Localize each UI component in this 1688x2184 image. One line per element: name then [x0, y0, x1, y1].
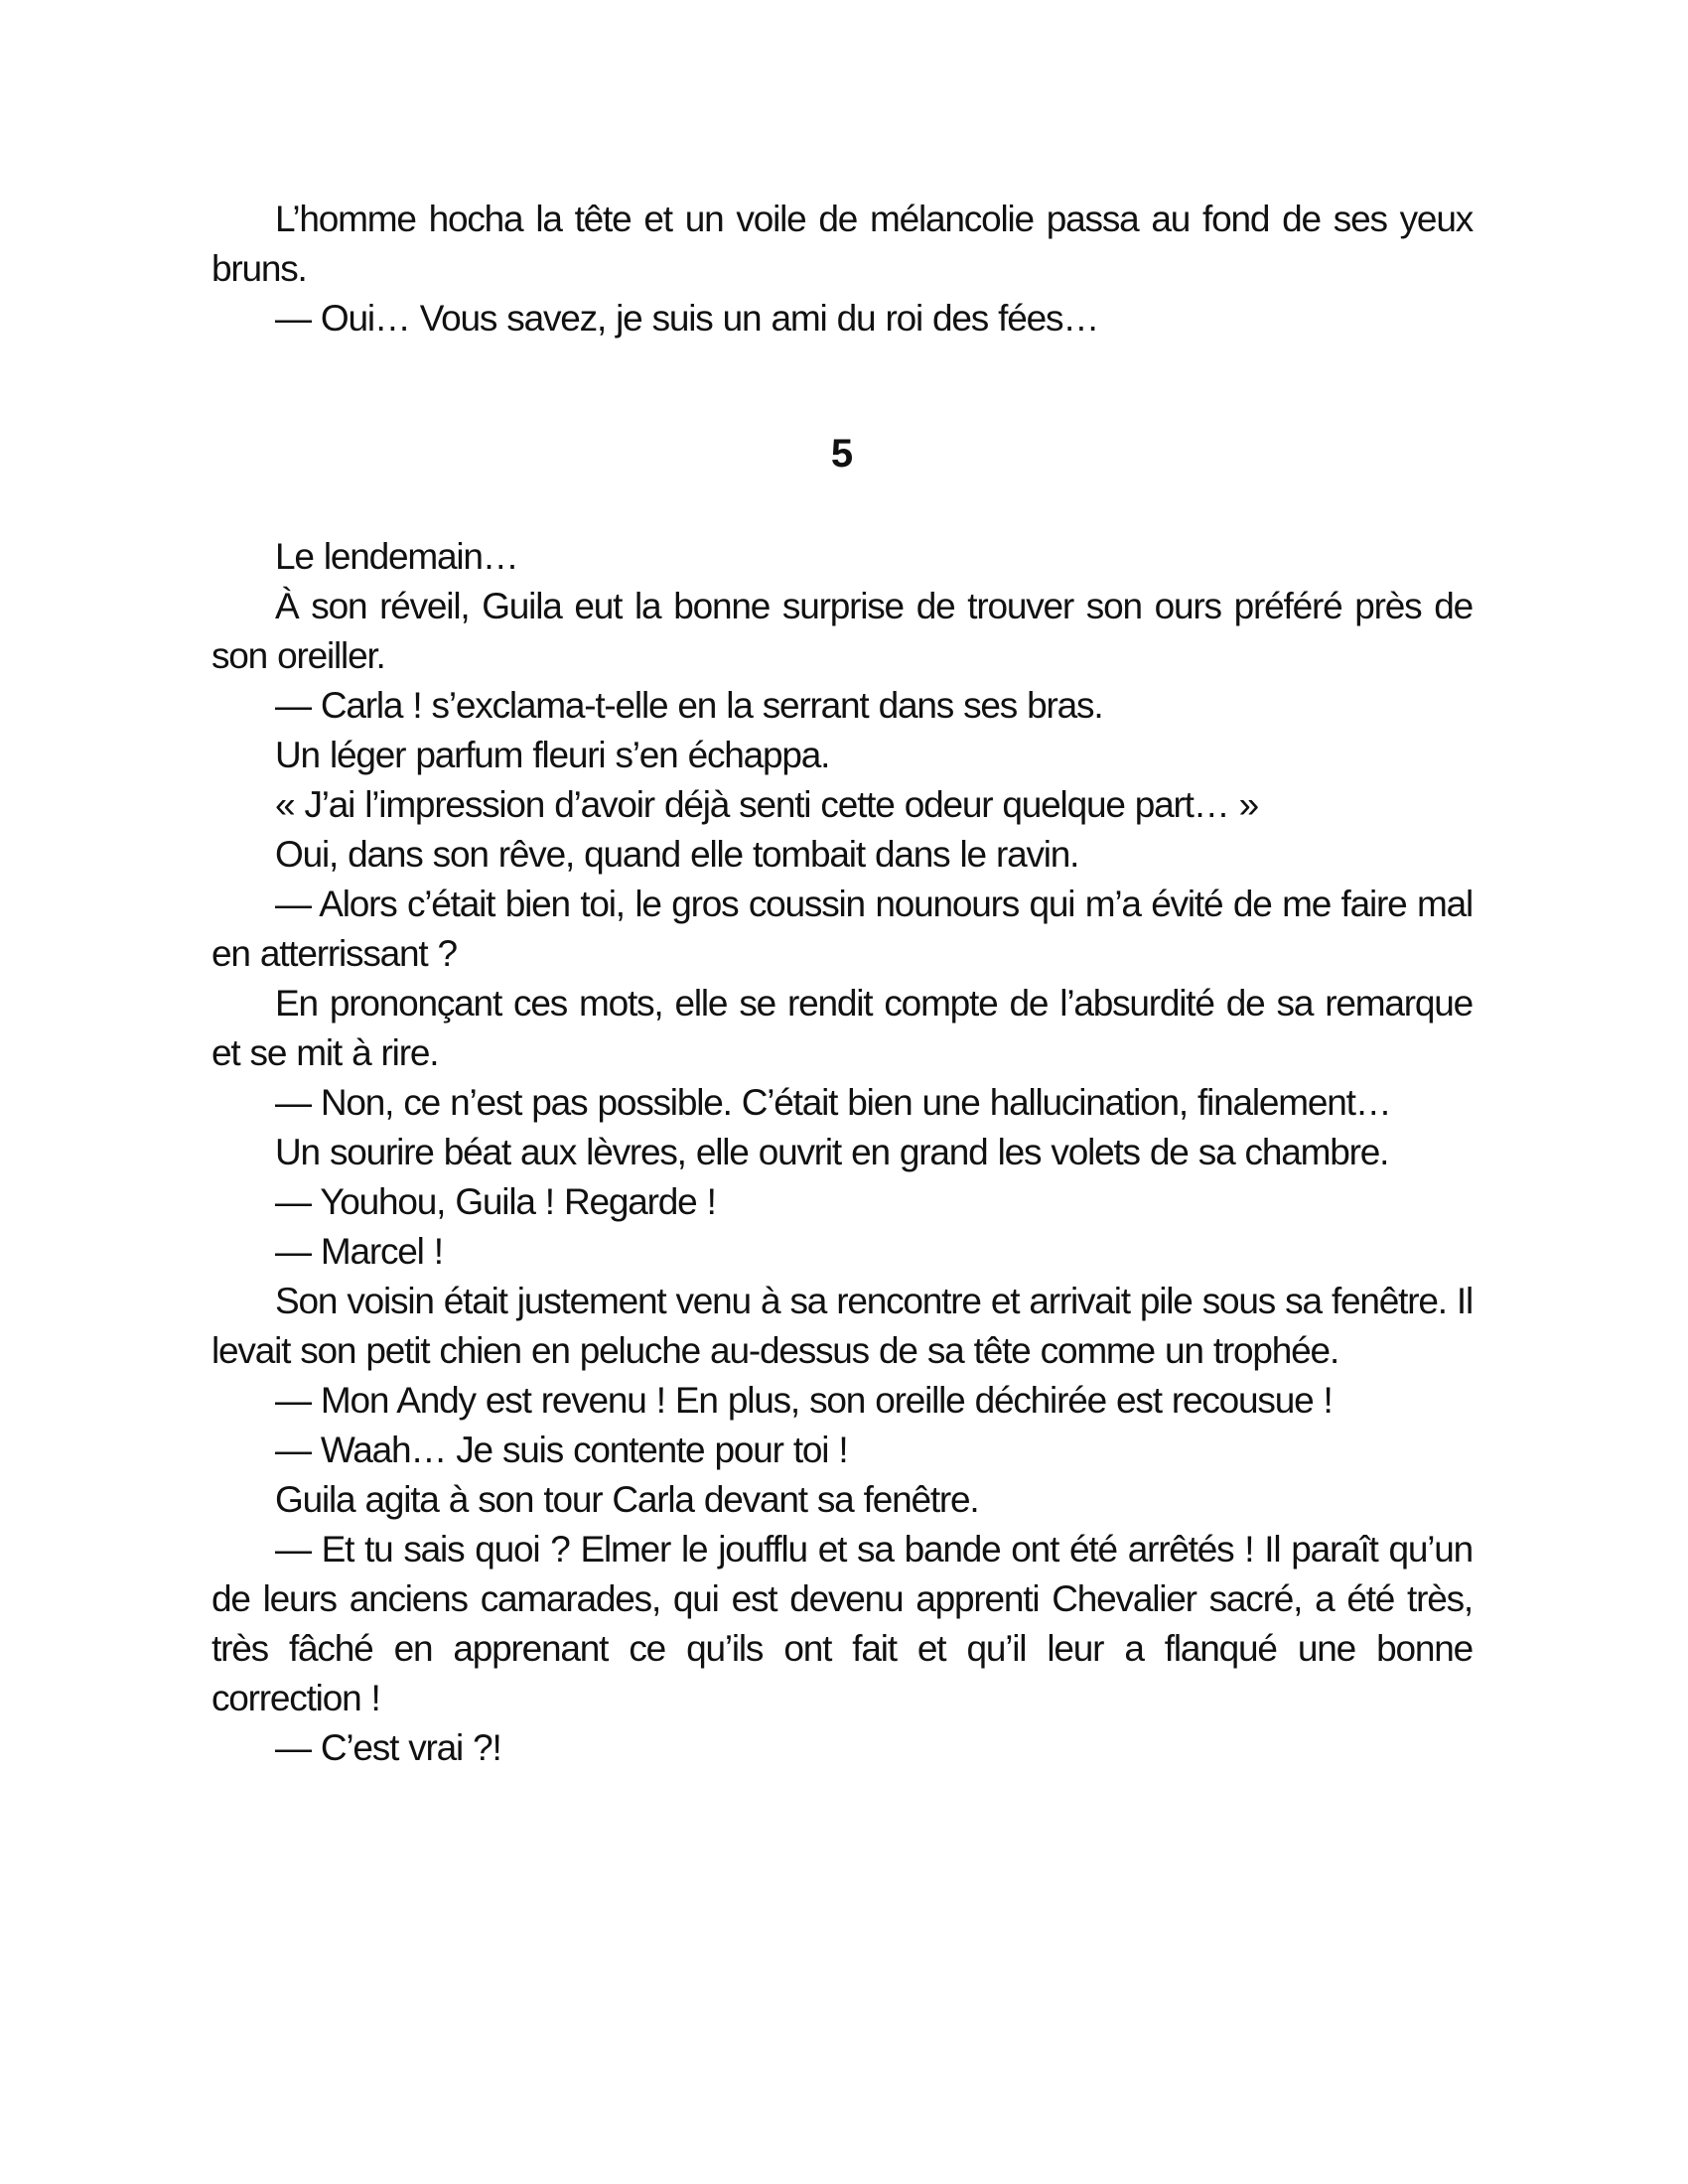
paragraph: Son voisin était justement venu à sa ren… [211, 1277, 1473, 1376]
paragraph: L’homme hocha la tête et un voile de mél… [211, 195, 1473, 294]
paragraph: À son réveil, Guila eut la bonne surpris… [211, 582, 1473, 681]
paragraph: Un sourire béat aux lèvres, elle ouvrit … [211, 1128, 1473, 1177]
paragraph: — Oui… Vous savez, je suis un ami du roi… [211, 294, 1473, 343]
paragraph: — Non, ce n’est pas possible. C’était bi… [211, 1078, 1473, 1128]
paragraph: Oui, dans son rêve, quand elle tombait d… [211, 830, 1473, 880]
paragraph: — Alors c’était bien toi, le gros coussi… [211, 880, 1473, 979]
paragraph: Le lendemain… [211, 532, 1473, 582]
book-page: L’homme hocha la tête et un voile de mél… [211, 195, 1473, 1773]
paragraph: — Carla ! s’exclama-t-elle en la serrant… [211, 681, 1473, 731]
paragraph: « J’ai l’impression d’avoir déjà senti c… [211, 780, 1473, 830]
chapter-heading: 5 [211, 429, 1473, 478]
paragraph: — Mon Andy est revenu ! En plus, son ore… [211, 1376, 1473, 1426]
paragraph: — Waah… Je suis contente pour toi ! [211, 1426, 1473, 1475]
paragraph: Un léger parfum fleuri s’en échappa. [211, 731, 1473, 780]
paragraph: En prononçant ces mots, elle se rendit c… [211, 979, 1473, 1078]
paragraph: — Marcel ! [211, 1227, 1473, 1277]
paragraph: — Et tu sais quoi ? Elmer le joufflu et … [211, 1525, 1473, 1723]
paragraph: — Youhou, Guila ! Regarde ! [211, 1177, 1473, 1227]
paragraph: — C’est vrai ?! [211, 1723, 1473, 1773]
paragraph: Guila agita à son tour Carla devant sa f… [211, 1475, 1473, 1525]
